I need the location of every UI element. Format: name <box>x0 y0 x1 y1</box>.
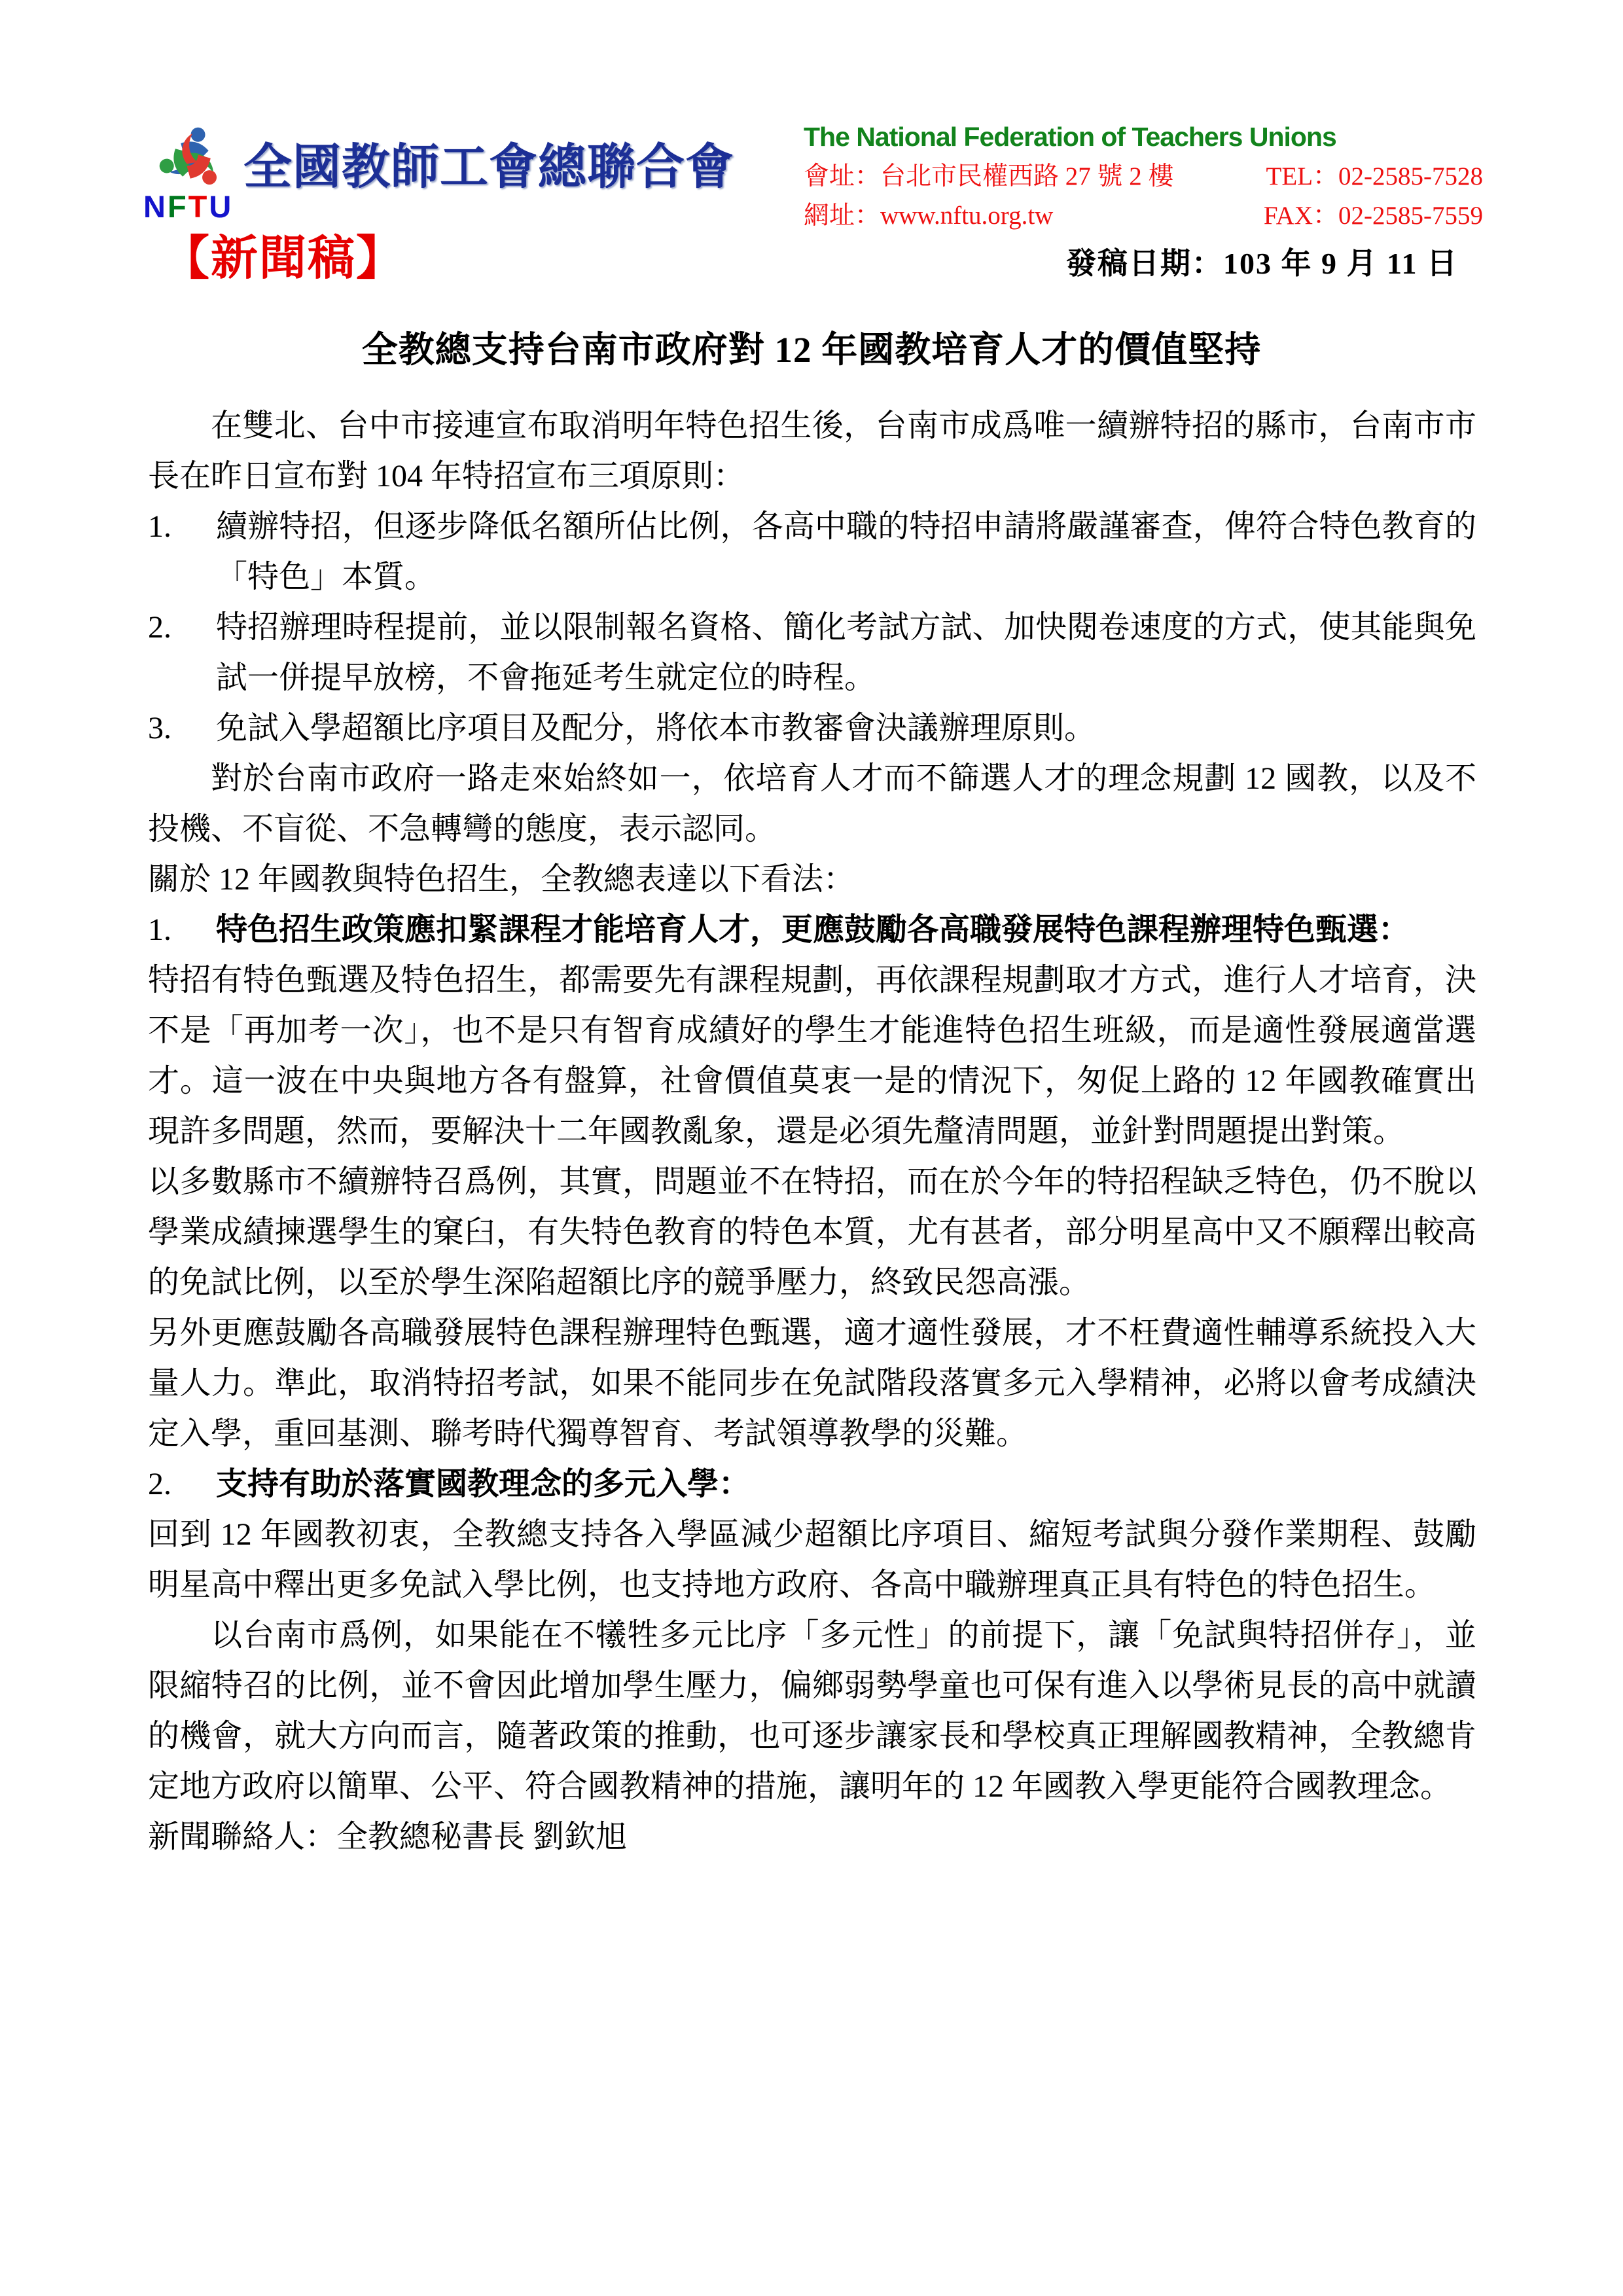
org-address: 會址：台北市民權西路 27 號 2 樓 <box>804 162 1174 192</box>
nftu-letter: T <box>188 189 209 224</box>
opinion-paragraph: 回到 12 年國教初衷，全教總支持各入學區減少超額比序項目、縮短考試與分發作業期… <box>148 1509 1476 1610</box>
opinion-paragraph: 另外更應鼓勵各高職發展特色課程辦理特色甄選，適才適性發展，才不枉費適性輔導系統投… <box>148 1308 1476 1459</box>
nftu-letter: N <box>143 189 168 224</box>
list-number: 1. <box>148 501 216 602</box>
document-body: 在雙北、台中市接連宣布取消明年特色招生後，台南市成爲唯一續辦特招的縣市，台南市市… <box>148 401 1476 1862</box>
list-number: 2. <box>148 602 216 703</box>
press-release-badge: 【新聞稿】 <box>162 220 404 288</box>
list-number: 3. <box>148 703 216 753</box>
list-item-text: 免試入學超額比序項目及配分，將依本市教審會決議辦理原則。 <box>216 703 1476 753</box>
contact-row-web-fax: 網址：www.nftu.org.tw FAX：02-2585-7559 <box>804 201 1483 231</box>
list-item-text: 特招辦理時程提前，並以限制報名資格、簡化考試方試、加快閱卷速度的方式，使其能與免… <box>216 602 1476 703</box>
paragraph-lead-in: 關於 12 年國教與特色招生，全教總表達以下看法： <box>148 854 1476 905</box>
org-fax: FAX：02-2585-7559 <box>1264 201 1483 231</box>
org-name-chinese: 全國教師工會總聯合會 <box>243 128 734 198</box>
nftu-letter: F <box>168 189 188 224</box>
org-tel: TEL：02-2585-7528 <box>1266 162 1483 192</box>
opinion-title: 特色招生政策應扣緊課程才能培育人才，更應鼓勵各高職發展特色課程辦理特色甄選： <box>216 905 1476 955</box>
org-name-english: The National Federation of Teachers Unio… <box>804 122 1483 152</box>
org-header-block: The National Federation of Teachers Unio… <box>804 122 1483 231</box>
list-item: 1. 續辦特招，但逐步降低名額所佔比例，各高中職的特招申請將嚴謹審查，俾符合特色… <box>148 501 1476 602</box>
release-date: 發稿日期：103 年 9 月 11 日 <box>804 240 1458 283</box>
list-number: 1. <box>148 905 216 955</box>
press-release-page: 全國教師工會總聯合會 NFTU 【新聞稿】 The National Feder… <box>0 0 1623 2296</box>
list-item: 3. 免試入學超額比序項目及配分，將依本市教審會決議辦理原則。 <box>148 703 1476 753</box>
nftu-pinwheel-logo-icon <box>147 118 233 198</box>
opinion-title: 支持有助於落實國教理念的多元入學： <box>216 1459 1476 1509</box>
opinion-paragraph: 特招有特色甄選及特色招生，都需要先有課程規劃，再依課程規劃取才方式，進行人才培育… <box>148 955 1476 1157</box>
paragraph-intro: 在雙北、台中市接連宣布取消明年特色招生後，台南市成爲唯一續辦特招的縣市，台南市市… <box>148 401 1476 501</box>
org-acronym-nftu: NFTU <box>143 188 233 224</box>
nftu-letter: U <box>209 189 233 224</box>
opinion-item: 1. 特色招生政策應扣緊課程才能培育人才，更應鼓勵各高職發展特色課程辦理特色甄選… <box>148 905 1476 955</box>
org-website-link[interactable]: 網址：www.nftu.org.tw <box>804 201 1053 231</box>
contact-row-address-tel: 會址：台北市民權西路 27 號 2 樓 TEL：02-2585-7528 <box>804 162 1483 192</box>
list-number: 2. <box>148 1459 216 1509</box>
press-contact: 新聞聯絡人：全教總秘書長 劉欽旭 <box>148 1812 1476 1862</box>
paragraph-endorsement: 對於台南市政府一路走來始終如一，依培育人才而不篩選人才的理念規劃 12 國教，以… <box>148 753 1476 854</box>
paragraph-conclusion: 以台南市爲例，如果能在不犧牲多元比序「多元性」的前提下，讓「免試與特招併存」，並… <box>148 1610 1476 1812</box>
opinion-item: 2. 支持有助於落實國教理念的多元入學： <box>148 1459 1476 1509</box>
opinion-paragraph: 以多數縣市不續辦特召爲例，其實，問題並不在特招，而在於今年的特招程缺乏特色，仍不… <box>148 1157 1476 1308</box>
list-item-text: 續辦特招，但逐步降低名額所佔比例，各高中職的特招申請將嚴謹審查，俾符合特色教育的… <box>216 501 1476 602</box>
list-item: 2. 特招辦理時程提前，並以限制報名資格、簡化考試方試、加快閱卷速度的方式，使其… <box>148 602 1476 703</box>
page-title: 全教總支持台南市政府對 12 年國教培育人才的價值堅持 <box>0 321 1623 372</box>
